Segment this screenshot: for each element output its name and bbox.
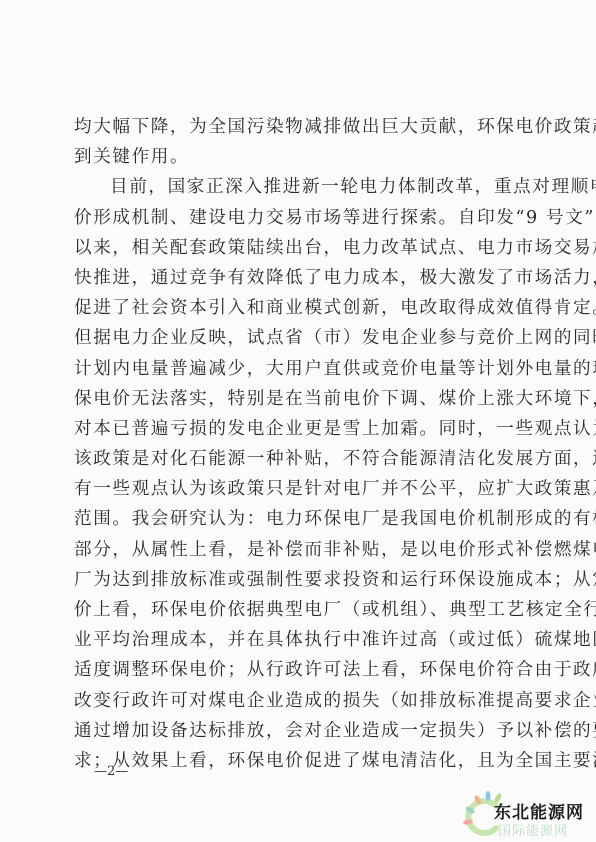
text-line: 求；从效果上看，环保电价促进了煤电清洁化，且为全国主要污 [74, 746, 526, 776]
text-line: 改变行政许可对煤电企业造成的损失（如排放标准提高要求企业 [74, 686, 526, 716]
text-line: 有一些观点认为该政策只是针对电厂并不公平，应扩大政策惠及 [74, 474, 526, 504]
text-line: 业平均治理成本，并在具体执行中准许过高（或过低）硫煤地区 [74, 625, 526, 655]
watermark: 东北能源网 国际能源网 [450, 790, 590, 838]
text-line: 保电价无法落实，特别是在当前电价下调、煤价上涨大环境下， [74, 384, 526, 414]
text-line: 价形成机制、建设电力交易市场等进行探索。自印发“9 号文” [74, 203, 526, 233]
text-line: 厂为达到排放标准或强制性要求投资和运行环保设施成本；从定 [74, 565, 526, 595]
text-line: 快推进，通过竞争有效降低了电力成本，极大激发了市场活力， [74, 263, 526, 293]
text-line: 范围。我会研究认为：电力环保电厂是我国电价机制形成的有机 [74, 504, 526, 534]
text-line: 适度调整环保电价；从行政许可法上看，环保电价符合由于政府 [74, 655, 526, 685]
text-line: 价上看，环保电价依据典型电厂（或机组）、典型工艺核定全行 [74, 595, 526, 625]
text-line: 以来，相关配套政策陆续出台，电力改革试点、电力市场交易加 [74, 233, 526, 263]
text-line: 部分，从属性上看，是补偿而非补贴，是以电价形式补偿燃煤电 [74, 535, 526, 565]
text-line: 但据电力企业反映，试点省（市）发电企业参与竞价上网的同时， [74, 323, 526, 353]
watermark-subtitle: 国际能源网 [498, 820, 568, 839]
text-line: 促进了社会资本引入和商业模式创新，电改取得成效值得肯定。 [74, 293, 526, 323]
text-line: 均大幅下降，为全国污染物减排做出巨大贡献，环保电价政策起 [74, 112, 526, 142]
document-page: 均大幅下降，为全国污染物减排做出巨大贡献，环保电价政策起 到关键作用。 目前，国… [74, 112, 526, 776]
page-number: —2— [94, 764, 128, 779]
paragraph-start-line: 目前，国家正深入推进新一轮电力体制改革，重点对理顺电 [74, 172, 526, 202]
text-line: 对本已普遍亏损的发电企业更是雪上加霜。同时，一些观点认为 [74, 414, 526, 444]
text-line: 计划内电量普遍减少，大用户直供或竞价电量等计划外电量的环 [74, 354, 526, 384]
text-line: 通过增加设备达标排放，会对企业造成一定损失）予以补偿的要 [74, 716, 526, 746]
text-line: 到关键作用。 [74, 142, 526, 172]
text-line: 该政策是对化石能源一种补贴，不符合能源清洁化发展方面，还 [74, 444, 526, 474]
